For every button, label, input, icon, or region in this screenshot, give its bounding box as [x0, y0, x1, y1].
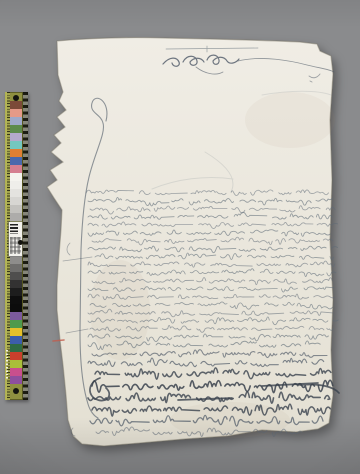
color-patch	[10, 376, 22, 384]
color-patch	[10, 189, 22, 197]
color-patch	[10, 213, 22, 221]
color-patch	[10, 173, 22, 181]
color-patch	[10, 256, 22, 264]
color-patch	[10, 197, 22, 205]
color-patch	[10, 205, 22, 213]
color-patch	[10, 272, 22, 280]
calibration-barcode-sticker	[9, 222, 22, 256]
color-patch	[10, 181, 22, 189]
color-patch	[10, 304, 22, 312]
color-patch	[10, 280, 22, 288]
color-patch	[10, 296, 22, 304]
color-patch	[10, 149, 22, 157]
color-patch	[10, 328, 22, 336]
color-patch	[10, 368, 22, 376]
color-patch	[10, 133, 22, 141]
color-patch	[10, 157, 22, 165]
color-patch	[10, 141, 22, 149]
manuscript-page	[0, 0, 360, 474]
color-patch	[10, 109, 22, 117]
registration-dot-middle	[18, 240, 23, 245]
archival-photo	[0, 0, 360, 474]
color-patch	[10, 101, 22, 109]
color-patch	[10, 360, 22, 368]
calibration-dash-column	[22, 92, 28, 400]
color-patch	[10, 165, 22, 173]
color-patch	[10, 264, 22, 272]
color-calibration-strip	[5, 92, 28, 400]
color-patch	[10, 336, 22, 344]
color-patch	[10, 320, 22, 328]
red-editor-mark	[53, 340, 64, 341]
registration-dot-top	[13, 95, 19, 101]
color-patch	[10, 312, 22, 320]
calibration-vertical-label	[6, 350, 8, 380]
color-patch	[10, 117, 22, 125]
color-patch	[10, 344, 22, 352]
registration-dot-bottom	[13, 388, 19, 394]
color-patch	[10, 288, 22, 296]
color-patch	[10, 125, 22, 133]
color-patch	[10, 352, 22, 360]
